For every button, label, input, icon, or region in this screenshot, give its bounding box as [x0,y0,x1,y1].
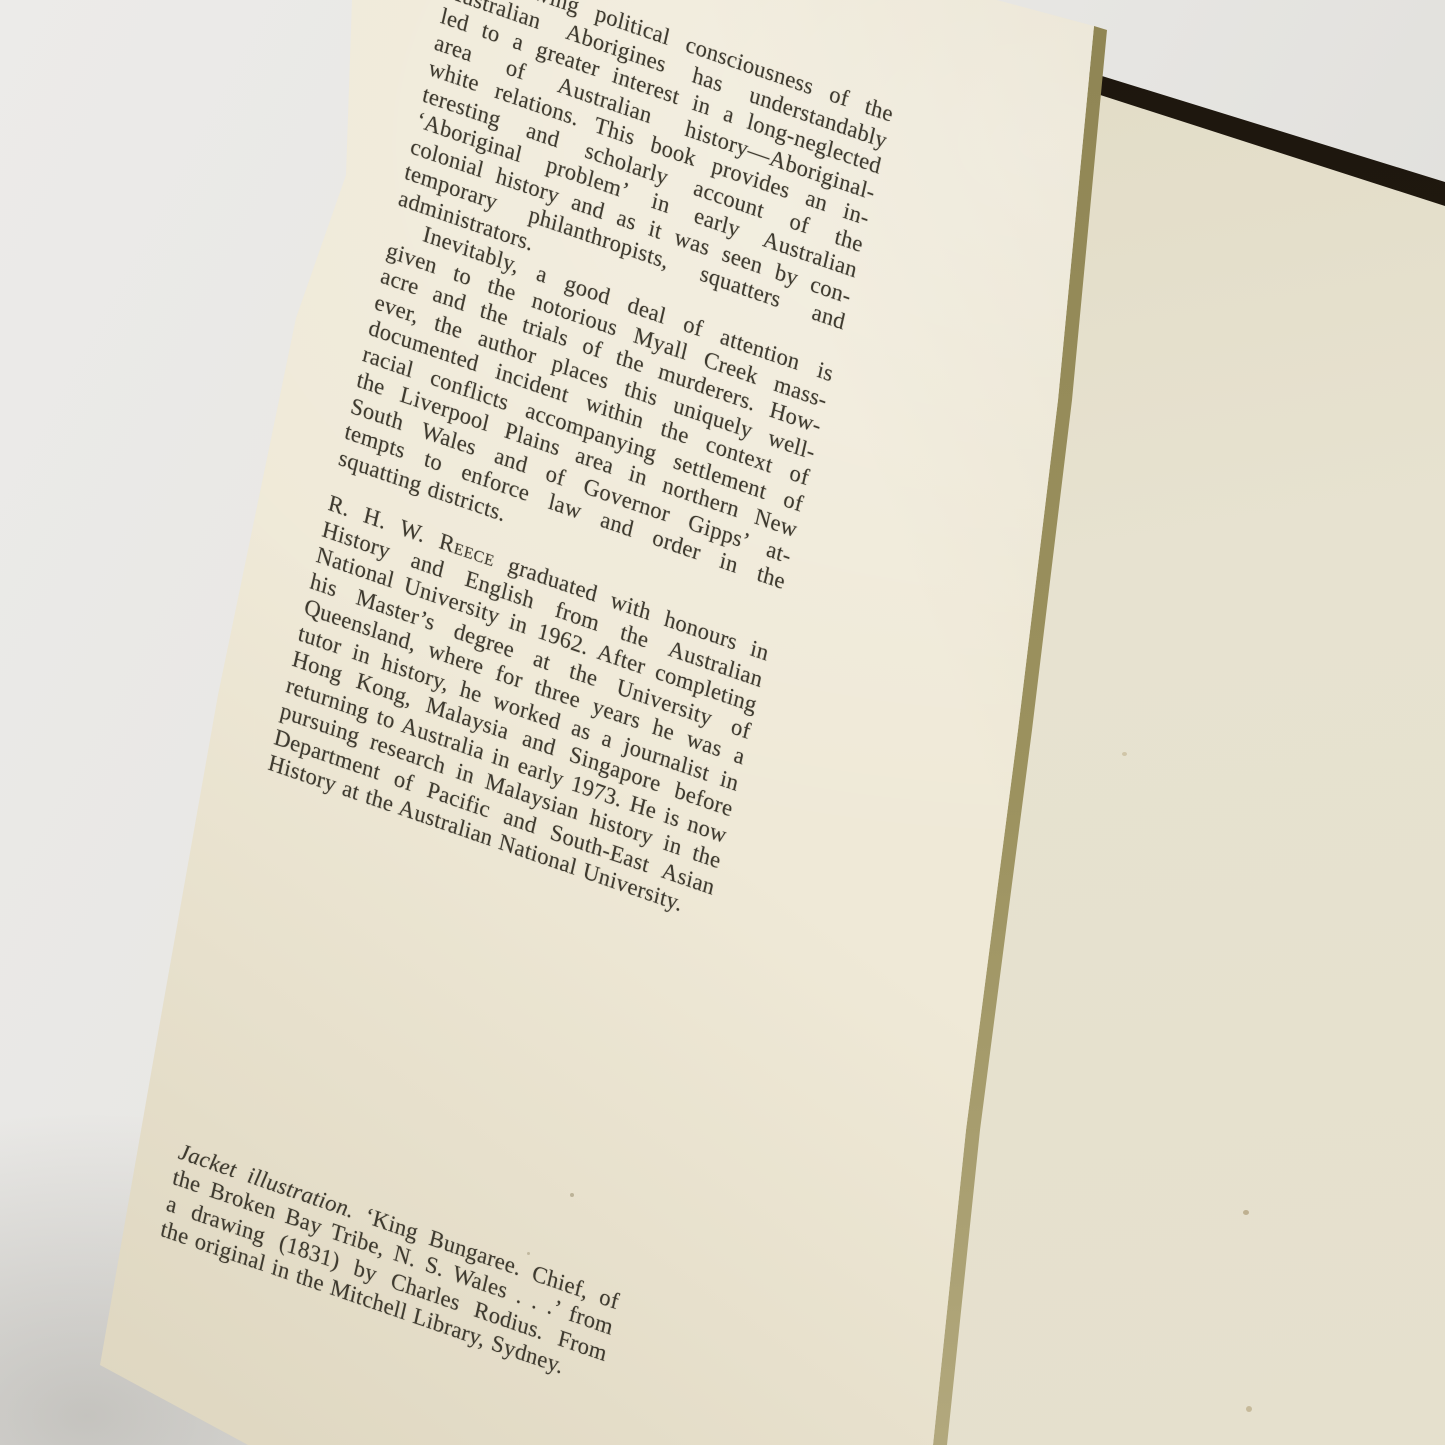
paper-speck [527,1252,530,1255]
jacket-credit: Jacket illustration. ‘King Bungaree. Chi… [158,1138,622,1393]
paper-speck [1246,1406,1252,1412]
paper-speck [1122,752,1127,756]
paper-speck [1243,1210,1249,1215]
book-flap-photo: The growing political consciousness of t… [0,0,1445,1445]
paper-speck [570,1193,574,1197]
